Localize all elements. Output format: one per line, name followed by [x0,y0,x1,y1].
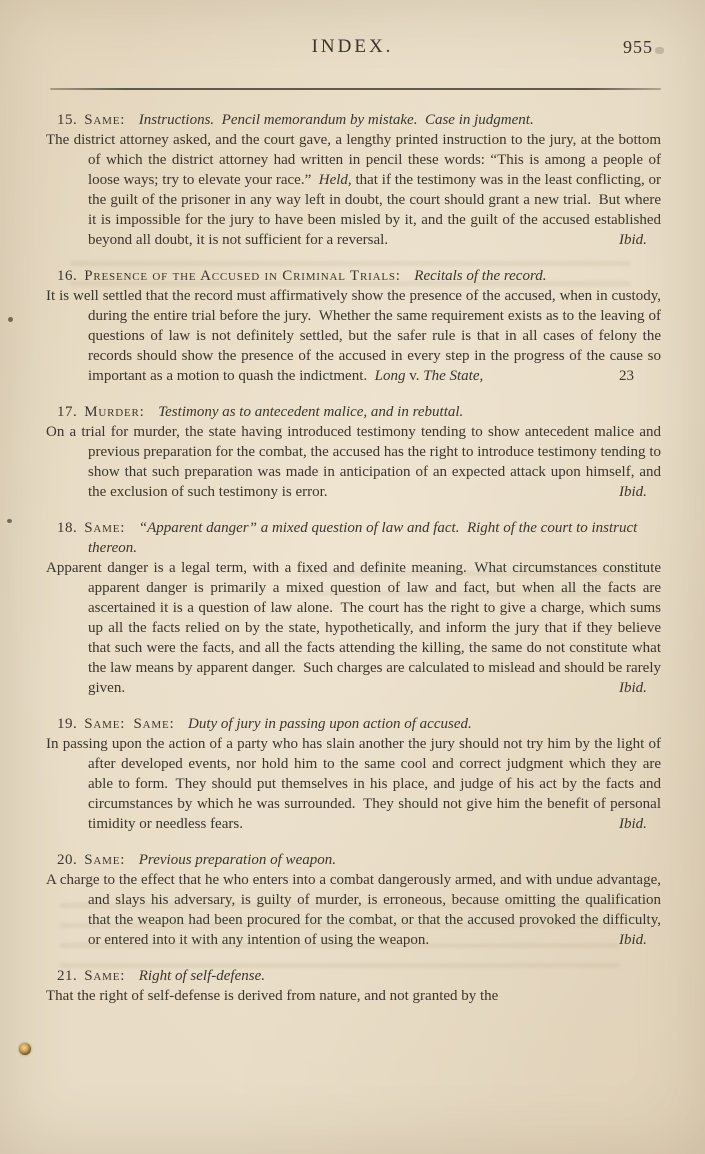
index-entry: 15.Same: Instructions. Pencil memorandum… [45,110,661,250]
entry-heading-text: Testimony as to antecedent malice, and i… [158,404,463,420]
entry-heading-text: Previous preparation of weapon. [139,852,336,868]
entry-body: That the right of self-defense is derive… [45,986,661,1006]
entry-body: Apparent danger is a legal term, with a … [45,558,661,698]
entry-heading: 21.Same: Right of self-defense. [45,966,661,986]
index-entry: 19.Same: Same: Duty of jury in passing u… [45,714,661,834]
entry-heading-text: Same: [84,968,130,984]
entry-heading-text: Same: [84,852,130,868]
ink-speck [8,317,13,322]
smudge-mark [655,47,664,54]
entry-heading-text: Duty of jury in passing upon action of a… [188,716,472,732]
index-entry: 20.Same: Previous preparation of weapon.… [45,850,661,950]
entry-body: A charge to the effect that he who enter… [45,870,661,950]
entry-heading-text: Recitals of the record. [414,268,546,284]
entry-heading-text: “Apparent danger” a mixed question of la… [88,520,637,556]
index-entry: 18.Same: “Apparent danger” a mixed quest… [45,518,661,698]
entry-heading-text: Instructions. Pencil memorandum by mista… [139,112,534,128]
entry-body-text: That the right of self-defense is derive… [46,988,498,1004]
entry-number: 17. [57,404,77,420]
header-divider-rule [50,88,661,90]
page-number: 955 [623,37,653,58]
entry-body-text: Long [375,368,406,384]
entry-body-text: It is well settled that the record must … [46,288,661,384]
entry-heading-text: Right of self-defense. [139,968,265,984]
entry-body-text: Held, [319,172,352,188]
entry-heading-text: Same: [84,112,130,128]
entry-body-text: Apparent danger is a legal term, with a … [46,560,661,696]
entry-body-text: A charge to the effect that he who enter… [46,872,661,948]
entry-body: On a trial for murder, the state having … [45,422,661,502]
entry-heading: 17.Murder: Testimony as to antecedent ma… [45,402,661,422]
index-entry: 17.Murder: Testimony as to antecedent ma… [45,402,661,502]
entry-heading: 16.Presence of the Accused in Criminal T… [45,266,661,286]
entry-heading-text: Murder: [84,404,149,420]
index-entry: 16.Presence of the Accused in Criminal T… [45,266,661,386]
wormhole-mark [19,1043,31,1055]
entry-heading-text: Same: Same: [84,716,179,732]
entry-number: 20. [57,852,77,868]
entry-heading: 18.Same: “Apparent danger” a mixed quest… [45,518,661,558]
entry-body-text: v. [405,368,423,384]
entry-number: 21. [57,968,77,984]
entry-number: 18. [57,520,77,536]
entry-body-text: In passing upon the action of a party wh… [46,736,661,832]
entry-body: In passing upon the action of a party wh… [45,734,661,834]
entry-heading-text: Presence of the Accused in Criminal Tria… [84,268,405,284]
entry-heading-text: Same: [84,520,130,536]
entry-heading: 15.Same: Instructions. Pencil memorandum… [45,110,661,130]
scanned-book-page: INDEX. 955 15.Same: Instructions. Pencil… [0,0,705,1154]
entry-body-text: On a trial for murder, the state having … [46,424,661,500]
entry-heading: 20.Same: Previous preparation of weapon. [45,850,661,870]
entry-body: The district attorney asked, and the cou… [45,130,661,250]
index-entry: 21.Same: Right of self-defense. That the… [45,966,661,1006]
entry-body-text: The State, [423,368,483,384]
index-entries: 15.Same: Instructions. Pencil memorandum… [45,110,661,1022]
entry-number: 16. [57,268,77,284]
entry-number: 15. [57,112,77,128]
page-header: INDEX. 955 [0,36,705,62]
entry-body: It is well settled that the record must … [45,286,661,386]
entry-heading: 19.Same: Same: Duty of jury in passing u… [45,714,661,734]
entry-number: 19. [57,716,77,732]
ink-speck [7,519,12,523]
page-title: INDEX. [0,36,705,58]
